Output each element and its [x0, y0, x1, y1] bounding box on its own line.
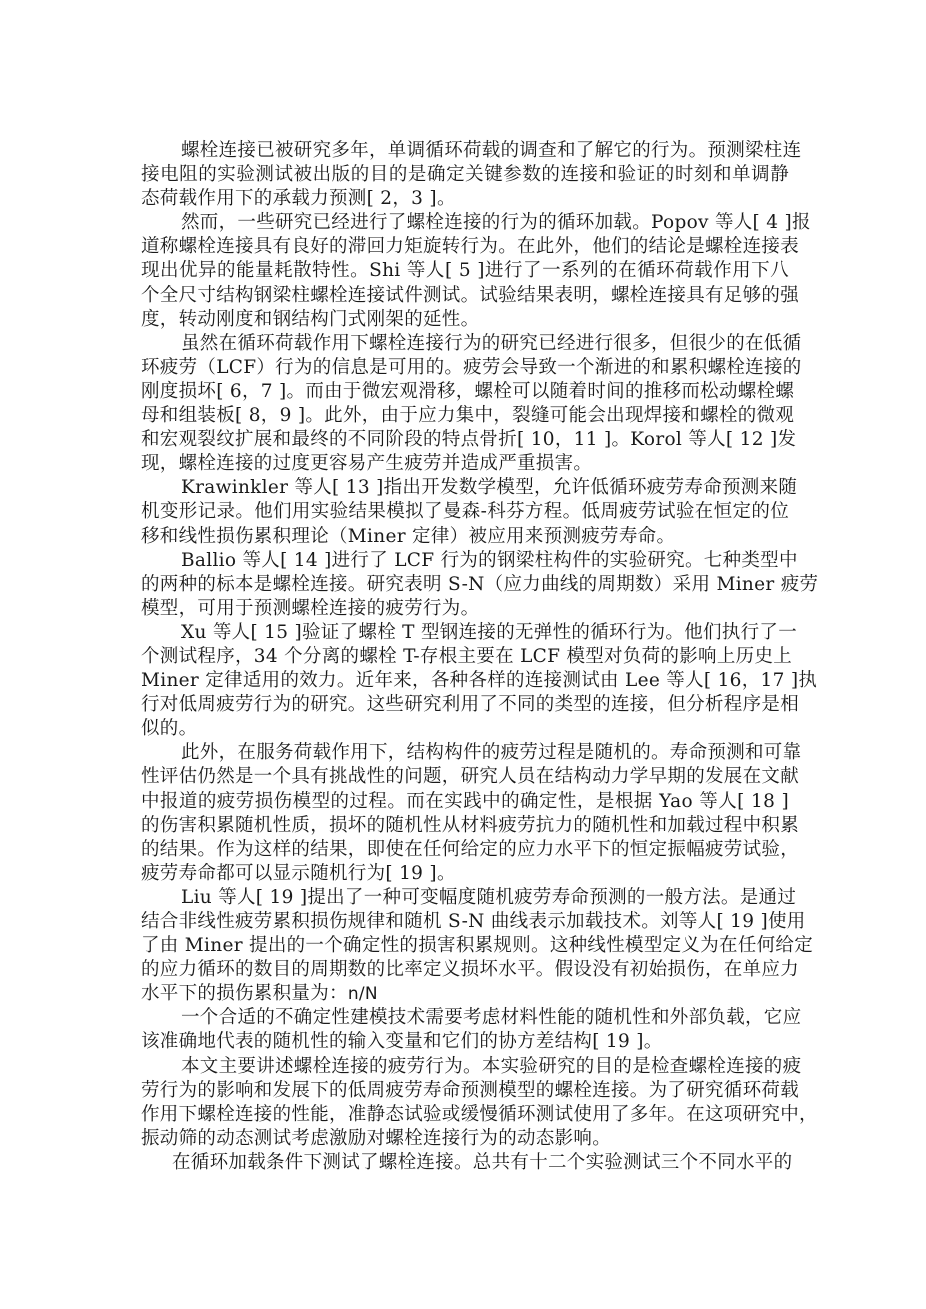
text-line: Ballio 等人[ 14 ]进行了 LCF 行为的钢梁柱构件的实验研究。七种类…	[141, 549, 789, 573]
text-line: 的两种的标本是螺栓连接。研究表明 S-N（应力曲线的周期数）采用 Miner 疲…	[141, 573, 789, 597]
text-line: 结合非线性疲劳累积损伤规律和随机 S-N 曲线表示加载技术。刘等人[ 19 ]使…	[141, 910, 789, 934]
text-line: 刚度损坏[ 6，7 ]。而由于微宏观滑移，螺栓可以随着时间的推移而松动螺栓螺	[141, 380, 789, 404]
paragraph-1: 螺栓连接已被研究多年，单调循环荷载的调查和了解它的行为。预测梁柱连 接电阻的实验…	[141, 139, 789, 211]
text-line: 在循环加载条件下测试了螺栓连接。总共有十二个实验测试三个不同水平的	[141, 1151, 789, 1175]
paragraph-2: 然而，一些研究已经进行了螺栓连接的行为的循环加载。Popov 等人[ 4 ]报 …	[141, 211, 789, 331]
text-line: 该准确地代表的随机性的输入变量和它们的协方差结构[ 19 ]。	[141, 1030, 789, 1054]
formula: n/N	[348, 984, 378, 1004]
text-line: 疲劳寿命都可以显示随机行为[ 19 ]。	[141, 862, 789, 886]
text-line: 接电阻的实验测试被出版的目的是确定关键参数的连接和验证的时刻和单调静	[141, 163, 789, 187]
text-line: Xu 等人[ 15 ]验证了螺栓 T 型钢连接的无弹性的循环行为。他们执行了一	[141, 621, 789, 645]
text-line: 和宏观裂纹扩展和最终的不同阶段的特点骨折[ 10，11 ]。Korol 等人[ …	[141, 428, 789, 452]
paragraph-5: Ballio 等人[ 14 ]进行了 LCF 行为的钢梁柱构件的实验研究。七种类…	[141, 549, 789, 621]
paragraph-3: 虽然在循环荷载作用下螺栓连接行为的研究已经进行很多，但很少的在低循 环疲劳（LC…	[141, 332, 789, 477]
text-line: 现出优异的能量耗散特性。Shi 等人[ 5 ]进行了一系列的在循环荷载作用下八	[141, 259, 789, 283]
text-line: 水平下的损伤累积量为：n/N	[141, 982, 789, 1006]
text-line: 机变形记录。他们用实验结果模拟了曼森-科芬方程。低周疲劳试验在恒定的位	[141, 500, 789, 524]
text-line: 本文主要讲述螺栓连接的疲劳行为。本实验研究的目的是检查螺栓连接的疲	[141, 1055, 789, 1079]
text-line: 环疲劳（LCF）行为的信息是可用的。疲劳会导致一个渐进的和累积螺栓连接的	[141, 356, 789, 380]
text-line: 然而，一些研究已经进行了螺栓连接的行为的循环加载。Popov 等人[ 4 ]报	[141, 211, 789, 235]
text-line: 中报道的疲劳损伤模型的过程。而在实践中的确定性，是根据 Yao 等人[ 18 ]	[141, 790, 789, 814]
text-line: 劳行为的影响和发展下的低周疲劳寿命预测模型的螺栓连接。为了研究循环荷载	[141, 1079, 789, 1103]
text-line: 作用下螺栓连接的性能，准静态试验或缓慢循环测试使用了多年。在这项研究中，	[141, 1103, 789, 1127]
text-line: 此外，在服务荷载作用下，结构构件的疲劳过程是随机的。寿命预测和可靠	[141, 741, 789, 765]
text-line: 螺栓连接已被研究多年，单调循环荷载的调查和了解它的行为。预测梁柱连	[141, 139, 789, 163]
text-line: 移和线性损伤累积理论（Miner 定律）被应用来预测疲劳寿命。	[141, 525, 789, 549]
paragraph-6: Xu 等人[ 15 ]验证了螺栓 T 型钢连接的无弹性的循环行为。他们执行了一 …	[141, 621, 789, 741]
text-line: 的伤害积累随机性质，损坏的随机性从材料疲劳抗力的随机性和加载过程中积累	[141, 814, 789, 838]
text-line: Liu 等人[ 19 ]提出了一种可变幅度随机疲劳寿命预测的一般方法。是通过	[141, 886, 789, 910]
text-line: 了由 Miner 提出的一个确定性的损害积累规则。这种线性模型定义为在任何给定	[141, 934, 789, 958]
text-line: 个测试程序，34 个分离的螺栓 T-存根主要在 LCF 模型对负荷的影响上历史上	[141, 645, 789, 669]
paragraph-10: 本文主要讲述螺栓连接的疲劳行为。本实验研究的目的是检查螺栓连接的疲 劳行为的影响…	[141, 1055, 789, 1151]
text-line: 行对低周疲劳行为的研究。这些研究利用了不同的类型的连接，但分析程序是相	[141, 693, 789, 717]
text-line: 似的。	[141, 717, 789, 741]
text-line: 的结果。作为这样的结果，即使在任何给定的应力水平下的恒定振幅疲劳试验，	[141, 838, 789, 862]
text-line: 态荷载作用下的承载力预测[ 2，3 ]。	[141, 187, 789, 211]
text-line: Miner 定律适用的效力。近年来，各种各样的连接测试由 Lee 等人[ 16，…	[141, 669, 789, 693]
paragraph-7: 此外，在服务荷载作用下，结构构件的疲劳过程是随机的。寿命预测和可靠 性评估仍然是…	[141, 741, 789, 886]
text-line: 现，螺栓连接的过度更容易产生疲劳并造成严重损害。	[141, 452, 789, 476]
text-line: 一个合适的不确定性建模技术需要考虑材料性能的随机性和外部负载，它应	[141, 1006, 789, 1030]
paragraph-9: 一个合适的不确定性建模技术需要考虑材料性能的随机性和外部负载，它应 该准确地代表…	[141, 1006, 789, 1054]
text-line: 振动筛的动态测试考虑激励对螺栓连接行为的动态影响。	[141, 1127, 789, 1151]
text-line: 度，转动刚度和钢结构门式刚架的延性。	[141, 308, 789, 332]
text-line: Krawinkler 等人[ 13 ]指出开发数学模型，允许低循环疲劳寿命预测来…	[141, 476, 789, 500]
text-line: 模型，可用于预测螺栓连接的疲劳行为。	[141, 597, 789, 621]
paragraph-4: Krawinkler 等人[ 13 ]指出开发数学模型，允许低循环疲劳寿命预测来…	[141, 476, 789, 548]
text-line: 道称螺栓连接具有良好的滞回力矩旋转行为。在此外，他们的结论是螺栓连接表	[141, 235, 789, 259]
text-line: 母和组装板[ 8，9 ]。此外，由于应力集中，裂缝可能会出现焊接和螺栓的微观	[141, 404, 789, 428]
text-line: 虽然在循环荷载作用下螺栓连接行为的研究已经进行很多，但很少的在低循	[141, 332, 789, 356]
text-line-content: 水平下的损伤累积量为：	[141, 983, 348, 1004]
paragraph-8: Liu 等人[ 19 ]提出了一种可变幅度随机疲劳寿命预测的一般方法。是通过 结…	[141, 886, 789, 1006]
paragraph-11: 在循环加载条件下测试了螺栓连接。总共有十二个实验测试三个不同水平的	[141, 1151, 789, 1175]
document-body: 螺栓连接已被研究多年，单调循环荷载的调查和了解它的行为。预测梁柱连 接电阻的实验…	[141, 139, 789, 1175]
text-line: 个全尺寸结构钢梁柱螺栓连接试件测试。试验结果表明，螺栓连接具有足够的强	[141, 284, 789, 308]
text-line: 的应力循环的数目的周期数的比率定义损坏水平。假设没有初始损伤，在单应力	[141, 958, 789, 982]
text-line: 性评估仍然是一个具有挑战性的问题，研究人员在结构动力学早期的发展在文献	[141, 765, 789, 789]
